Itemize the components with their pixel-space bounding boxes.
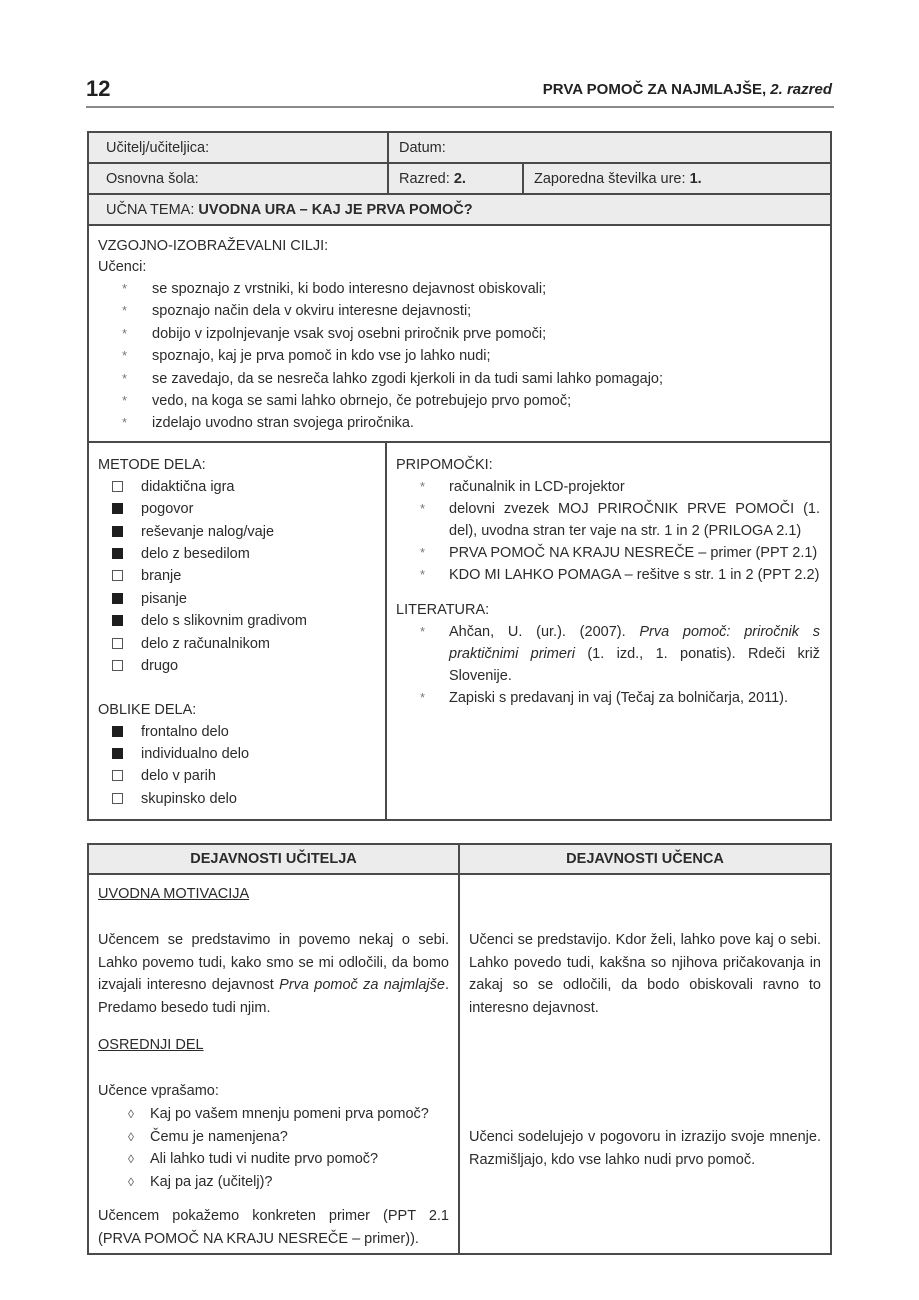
goal-text: spoznajo način dela v okviru interesne d… (152, 303, 471, 319)
form-item: delo v parih (112, 765, 377, 787)
method-label: branje (141, 568, 181, 584)
unchecked-box-icon (112, 570, 123, 581)
intro-teacher-text: Učencem se predstavimo in povemo nekaj o… (98, 929, 449, 1019)
running-title-grade: 2. razred (770, 81, 832, 98)
school-field: Osnovna šola: (89, 164, 387, 193)
method-label: pisanje (141, 591, 187, 607)
method-label: delo z računalnikom (141, 636, 270, 652)
literature-pre: Ahčan, U. (ur.). (2007). (449, 624, 639, 640)
unchecked-box-icon (112, 770, 123, 781)
questions-block: ◊Kaj po vašem mnenju pomeni prva pomoč?◊… (98, 1103, 449, 1193)
teacher-date-row: Učitelj/učiteljica: Datum: (89, 133, 830, 164)
literature-pre: Zapiski s predavanj in vaj (Tečaj za bol… (449, 690, 788, 706)
unchecked-box-icon (112, 638, 123, 649)
asterisk-bullet-icon: * (420, 564, 425, 586)
main-student-text: Učenci sodelujejo v pogovoru in izrazijo… (469, 1126, 821, 1171)
form-label: delo v parih (141, 768, 216, 784)
diamond-bullet-icon: ◊ (128, 1171, 134, 1194)
activities-table: DEJAVNOSTI UČITELJA DEJAVNOSTI UČENCA UV… (87, 843, 832, 1255)
method-label: reševanje nalog/vaje (141, 524, 274, 540)
method-item: pogovor (112, 498, 377, 520)
form-label: skupinsko delo (141, 791, 237, 807)
question-item: ◊Kaj po vašem mnenju pomeni prva pomoč? (128, 1103, 449, 1126)
literature-item: *Zapiski s predavanj in vaj (Tečaj za bo… (418, 687, 820, 709)
page-header: 12 PRVA POMOČ ZA NAJMLAJŠE, 2. razred (86, 74, 834, 108)
topic-field: UČNA TEMA: UVODNA URA – KAJ JE PRVA POMO… (89, 195, 830, 224)
checked-box-icon (112, 548, 123, 559)
question-item: ◊Kaj pa jaz (učitelj)? (128, 1171, 449, 1194)
teacher-activities-column: UVODNA MOTIVACIJA Učencem se predstavimo… (89, 875, 460, 1253)
question-text: Kaj po vašem mnenju pomeni prva pomoč? (150, 1106, 429, 1122)
goals-subheading: Učenci: (98, 257, 820, 278)
tool-text: PRVA POMOČ NA KRAJU NESREČE – primer (PP… (449, 545, 817, 561)
literature-heading: LITERATURA: (396, 600, 820, 621)
form-item: individualno delo (112, 743, 377, 765)
question-item: ◊Ali lahko tudi vi nudite prvo pomoč? (128, 1148, 449, 1171)
goal-item: *spoznajo način dela v okviru interesne … (120, 300, 820, 322)
asterisk-bullet-icon: * (122, 300, 127, 322)
method-item: drugo (112, 655, 377, 677)
unchecked-box-icon (112, 481, 123, 492)
goal-item: *se zavedajo, da se nesreča lahko zgodi … (120, 368, 820, 390)
question-item: ◊Čemu je namenjena? (128, 1126, 449, 1149)
methods-tools-row: METODE DELA: didaktična igrapogovorrešev… (89, 443, 830, 819)
goal-item: *se spoznajo z vrstniki, ki bodo interes… (120, 278, 820, 300)
asterisk-bullet-icon: * (122, 345, 127, 367)
tools-section: PRIPOMOČKI: *računalnik in LCD-projektor… (387, 443, 830, 819)
checked-box-icon (112, 593, 123, 604)
tool-item: *KDO MI LAHKO POMAGA – rešitve s str. 1 … (418, 564, 820, 586)
goal-text: spoznajo, kaj je prva pomoč in kdo vse j… (152, 348, 491, 364)
goal-text: se spoznajo z vrstniki, ki bodo interesn… (152, 281, 546, 297)
asterisk-bullet-icon: * (122, 323, 127, 345)
method-label: delo s slikovnim gradivom (141, 613, 307, 629)
goal-item: *vedo, na koga se sami lahko obrnejo, če… (120, 390, 820, 412)
lesson-number-label: Zaporedna številka ure: (534, 171, 690, 187)
literature-list: *Ahčan, U. (ur.). (2007). Prva pomoč: pr… (396, 621, 820, 709)
student-activities-column: Učenci se predstavijo. Kdor želi, lahko … (460, 875, 830, 1253)
checked-box-icon (112, 526, 123, 537)
date-field: Datum: (387, 133, 830, 162)
intro-title-text: UVODNA MOTIVACIJA (98, 886, 249, 902)
lesson-number-value: 1. (690, 171, 702, 187)
intro-student-text: Učenci se predstavijo. Kdor želi, lahko … (469, 929, 821, 1019)
main-title-text: OSREDNJI DEL (98, 1037, 204, 1053)
grade-label: Razred: (399, 171, 454, 187)
asterisk-bullet-icon: * (420, 542, 425, 564)
running-title-text: PRVA POMOČ ZA NAJMLAJŠE, (543, 81, 771, 98)
method-item: pisanje (112, 588, 377, 610)
teacher-field: Učitelj/učiteljica: (89, 133, 387, 162)
method-item: branje (112, 565, 377, 587)
activities-header-row: DEJAVNOSTI UČITELJA DEJAVNOSTI UČENCA (89, 845, 830, 875)
method-label: drugo (141, 658, 178, 674)
checked-box-icon (112, 503, 123, 514)
activities-body: UVODNA MOTIVACIJA Učencem se predstavimo… (89, 875, 830, 1253)
topic-value: UVODNA URA – KAJ JE PRVA POMOČ? (198, 202, 472, 218)
method-label: pogovor (141, 501, 193, 517)
tool-text: KDO MI LAHKO POMAGA – rešitve s str. 1 i… (449, 567, 819, 583)
goal-text: se zavedajo, da se nesreča lahko zgodi k… (152, 371, 663, 387)
method-item: delo z računalnikom (112, 633, 377, 655)
method-label: didaktična igra (141, 479, 235, 495)
goals-list: *se spoznajo z vrstniki, ki bodo interes… (98, 278, 820, 435)
running-title: PRVA POMOČ ZA NAJMLAJŠE, 2. razred (543, 81, 832, 98)
question-text: Kaj pa jaz (učitelj)? (150, 1174, 273, 1190)
forms-heading: OBLIKE DELA: (98, 700, 377, 721)
page-number: 12 (86, 76, 110, 102)
goal-item: *izdelajo uvodno stran svojega priročnik… (120, 412, 820, 434)
student-activities-header: DEJAVNOSTI UČENCA (460, 845, 830, 873)
goal-item: *spoznajo, kaj je prva pomoč in kdo vse … (120, 345, 820, 367)
school-grade-row: Osnovna šola: Razred: 2. Zaporedna števi… (89, 164, 830, 195)
form-item: skupinsko delo (112, 788, 377, 810)
lesson-number-field: Zaporedna številka ure: 1. (522, 164, 830, 193)
tools-list: *računalnik in LCD-projektor*delovni zve… (396, 476, 820, 586)
form-label: individualno delo (141, 746, 249, 762)
asterisk-bullet-icon: * (122, 412, 127, 434)
method-item: delo z besedilom (112, 543, 377, 565)
main-teacher-example: Učencem pokažemo konkreten primer (PPT 2… (98, 1205, 449, 1250)
tools-heading: PRIPOMOČKI: (396, 455, 820, 476)
diamond-bullet-icon: ◊ (128, 1148, 134, 1171)
teacher-activities-header: DEJAVNOSTI UČITELJA (89, 845, 460, 873)
diamond-bullet-icon: ◊ (128, 1103, 134, 1126)
topic-row: UČNA TEMA: UVODNA URA – KAJ JE PRVA POMO… (89, 195, 830, 226)
goal-text: vedo, na koga se sami lahko obrnejo, če … (152, 393, 571, 409)
tool-item: *računalnik in LCD-projektor (418, 476, 820, 498)
goal-text: izdelajo uvodno stran svojega priročnika… (152, 415, 414, 431)
checked-box-icon (112, 726, 123, 737)
intro-title: UVODNA MOTIVACIJA (98, 883, 449, 906)
method-item: delo s slikovnim gradivom (112, 610, 377, 632)
tool-text: delovni zvezek MOJ PRIROČNIK PRVE POMOČI… (449, 501, 820, 539)
asterisk-bullet-icon: * (420, 476, 425, 498)
goals-row: VZGOJNO-IZOBRAŽEVALNI CILJI: Učenci: *se… (89, 226, 830, 443)
asterisk-bullet-icon: * (420, 621, 425, 643)
question-text: Ali lahko tudi vi nudite prvo pomoč? (150, 1151, 378, 1167)
grade-field: Razred: 2. (387, 164, 522, 193)
asterisk-bullet-icon: * (420, 687, 425, 709)
tool-text: računalnik in LCD-projektor (449, 479, 625, 495)
asterisk-bullet-icon: * (420, 498, 425, 520)
unchecked-box-icon (112, 660, 123, 671)
checked-box-icon (112, 748, 123, 759)
goal-text: dobijo v izpolnjevanje vsak svoj osebni … (152, 326, 546, 342)
method-item: reševanje nalog/vaje (112, 521, 377, 543)
topic-label: UČNA TEMA: (106, 202, 198, 218)
asterisk-bullet-icon: * (122, 368, 127, 390)
main-title: OSREDNJI DEL (98, 1034, 449, 1057)
checked-box-icon (112, 615, 123, 626)
methods-list: didaktična igrapogovorreševanje nalog/va… (98, 476, 377, 678)
form-item: frontalno delo (112, 721, 377, 743)
literature-item: *Ahčan, U. (ur.). (2007). Prva pomoč: pr… (418, 621, 820, 687)
tool-item: *PRVA POMOČ NA KRAJU NESREČE – primer (P… (418, 542, 820, 564)
asterisk-bullet-icon: * (122, 278, 127, 300)
intro-teacher-italic: Prva pomoč za najmlajše (279, 977, 445, 993)
goals-heading: VZGOJNO-IZOBRAŽEVALNI CILJI: (98, 236, 820, 257)
goal-item: *dobijo v izpolnjevanje vsak svoj osebni… (120, 323, 820, 345)
goals-section: VZGOJNO-IZOBRAŽEVALNI CILJI: Učenci: *se… (89, 226, 830, 441)
tool-item: *delovni zvezek MOJ PRIROČNIK PRVE POMOČ… (418, 498, 820, 542)
method-label: delo z besedilom (141, 546, 250, 562)
forms-list: frontalno deloindividualno delodelo v pa… (98, 721, 377, 811)
lesson-plan-table: Učitelj/učiteljica: Datum: Osnovna šola:… (87, 131, 832, 821)
form-label: frontalno delo (141, 724, 229, 740)
diamond-bullet-icon: ◊ (128, 1126, 134, 1149)
question-text: Čemu je namenjena? (150, 1129, 288, 1145)
method-item: didaktična igra (112, 476, 377, 498)
main-teacher-lead: Učence vprašamo: (98, 1080, 449, 1103)
unchecked-box-icon (112, 793, 123, 804)
methods-section: METODE DELA: didaktična igrapogovorrešev… (89, 443, 387, 819)
grade-value: 2. (454, 171, 466, 187)
methods-heading: METODE DELA: (98, 455, 377, 476)
questions-list: ◊Kaj po vašem mnenju pomeni prva pomoč?◊… (98, 1103, 449, 1193)
asterisk-bullet-icon: * (122, 390, 127, 412)
